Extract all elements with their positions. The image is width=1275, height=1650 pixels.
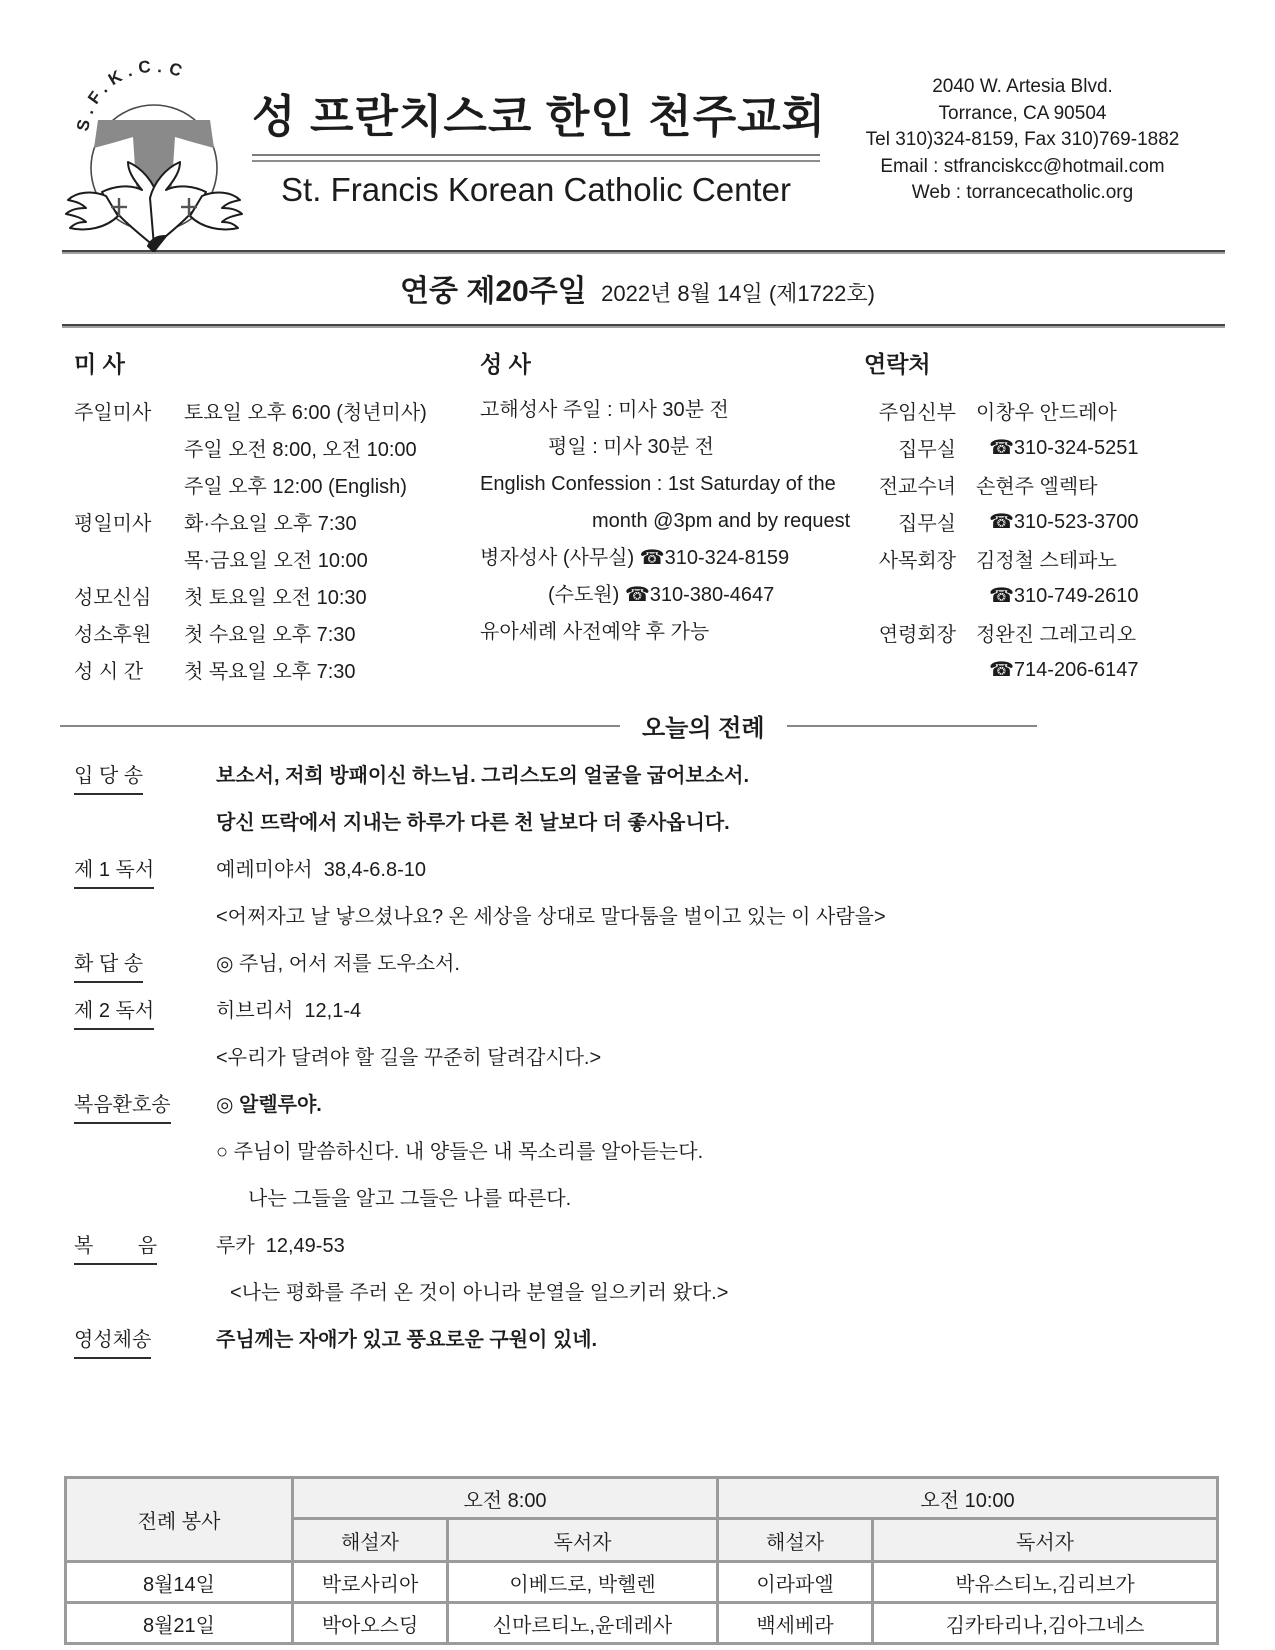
liturgy-row: <우리가 달려야 할 길을 꾸준히 달려갑시다.> [74,1041,1235,1088]
liturgy-text: 당신 뜨락에서 지내는 하루가 다른 천 날보다 더 좋사옵니다. [216,806,730,835]
mass-label: 평일미사 [74,507,184,536]
contact-name: 김정철 스테파노 [976,544,1117,573]
address-line: Torrance, CA 90504 [820,101,1225,128]
sacrament-line: English Confession : 1st Saturday of the [480,466,852,503]
address-line: 2040 W. Artesia Blvd. [820,74,1225,101]
schedule-cell: 신마르티노,윤데레사 [448,1603,718,1644]
mass-value: 주일 오후 12:00 (English) [184,470,407,499]
contact-name: 손현주 엘렉타 [976,470,1097,499]
schedule-date: 8월21일 [66,1603,293,1644]
liturgy-text: 주님께는 자애가 있고 풍요로운 구원이 있네. [216,1323,597,1352]
liturgy-text: ◎ 주님, 어서 저를 도우소서. [216,947,460,976]
schedule-cell: 이베드로, 박헬렌 [448,1562,718,1603]
title-double-underline [252,154,820,162]
schedule-subheader-reader: 독서자 [873,1519,1218,1562]
liturgy-text: 루카 12,49-53 [216,1229,345,1258]
schedule-group-header-8am: 오전 8:00 [293,1478,718,1519]
liturgy-heading: 오늘의 전례 [642,708,765,743]
mass-value: 화·수요일 오후 7:30 [184,507,357,536]
mass-value: 첫 목요일 오후 7:30 [184,655,356,684]
liturgy-row: 화 답 송◎ 주님, 어서 저를 도우소서. [74,947,1235,994]
mass-row: 평일미사화·수요일 오후 7:30 [74,503,480,540]
mass-label: 성소후원 [74,618,184,647]
contact-name: 이창우 안드레아 [976,396,1117,425]
info-columns: 미 사 주일미사토요일 오후 6:00 (청년미사) 주일 오전 8:00, 오… [0,328,1275,688]
schedule-cell: 이라파엘 [718,1562,873,1603]
sacrament-line: 평일 : 미사 30분 전 [480,429,852,466]
mass-row: 주일미사토요일 오후 6:00 (청년미사) [74,392,480,429]
header: S.F.K.C.C 성 프란치스코 한인 천주교회 [0,0,1275,240]
contact-name: 정완진 그레고리오 [976,618,1136,647]
schedule-subheader-reader: 독서자 [448,1519,718,1562]
franciscan-emblem-icon: S.F.K.C.C [62,60,247,252]
contact-role: 집무실 [864,507,956,536]
liturgy-text: ○ 주님이 말씀하신다. 내 양들은 내 목소리를 알아듣는다. [216,1135,703,1164]
issue-date: 2022년 8월 14일 (제1722호) [601,281,875,306]
mass-row: 성소후원첫 수요일 오후 7:30 [74,614,480,651]
church-titles: 성 프란치스코 한인 천주교회 St. Francis Korean Catho… [252,60,820,209]
schedule-row: 8월21일 박아오스딩 신마르티노,윤데레사 백세베라 김카타리나,김아그네스 [66,1603,1218,1644]
liturgy-label: 입 당 송 [74,759,216,788]
mass-row: 주일 오전 8:00, 오전 10:00 [74,429,480,466]
contact-phone: ☎714-206-6147 [976,657,1138,682]
liturgy-label: 제 1 독서 [74,853,216,882]
liturgy-row: 영성체송주님께는 자애가 있고 풍요로운 구원이 있네. [74,1323,1235,1370]
liturgy-section: 입 당 송보소서, 저희 방패이신 하느님. 그리스도의 얼굴을 굽어보소서. … [0,743,1275,1370]
contacts-heading: 연락처 [864,346,1225,379]
mass-label: 성 시 간 [74,655,184,684]
schedule-subheader-commentator: 해설자 [293,1519,448,1562]
mass-value: 첫 수요일 오후 7:30 [184,618,356,647]
sacraments-column: 성 사 고해성사 주일 : 미사 30분 전 평일 : 미사 30분 전 Eng… [480,342,852,688]
contact-phone: ☎310-324-5251 [976,435,1138,460]
contacts-column: 연락처 주임신부이창우 안드레아 집무실☎310-324-5251 전교수녀손현… [852,342,1225,688]
liturgy-text: 나는 그들을 알고 그들은 나를 따른다. [216,1182,571,1211]
liturgy-row: <나는 평화를 주러 온 것이 아니라 분열을 일으키러 왔다.> [74,1276,1235,1323]
contact-role: 전교수녀 [864,470,956,499]
mass-value: 토요일 오후 6:00 (청년미사) [184,396,427,425]
contact-role: 사목회장 [864,544,956,573]
contact-row: 전교수녀손현주 엘렉타 [864,466,1225,503]
liturgy-row: 입 당 송보소서, 저희 방패이신 하느님. 그리스도의 얼굴을 굽어보소서. [74,759,1235,806]
mass-heading: 미 사 [74,346,480,379]
contact-row: ☎714-206-6147 [864,651,1225,688]
schedule-table: 전례 봉사 오전 8:00 오전 10:00 해설자 독서자 해설자 독서자 8… [64,1476,1219,1645]
liturgy-text: ◎ 알렐루야. [216,1088,322,1117]
mass-row: 주일 오후 12:00 (English) [74,466,480,503]
contact-row: ☎310-749-2610 [864,577,1225,614]
liturgy-row: 제 1 독서예레미야서 38,4-6.8-10 [74,853,1235,900]
schedule-cell: 백세베라 [718,1603,873,1644]
liturgy-text: 히브리서 12,1-4 [216,994,361,1023]
schedule-subheader-commentator: 해설자 [718,1519,873,1562]
website-line: Web : torrancecatholic.org [820,180,1225,207]
liturgy-divider: 오늘의 전례 [60,708,1225,743]
sacrament-line: 고해성사 주일 : 미사 30분 전 [480,392,852,429]
church-title-korean: 성 프란치스코 한인 천주교회 [252,80,820,145]
divider-line-left [60,725,620,727]
church-title-english: St. Francis Korean Catholic Center [252,171,820,209]
schedule-cell: 김카타리나,김아그네스 [873,1603,1218,1644]
liturgy-label: 제 2 독서 [74,994,216,1023]
sacrament-line: 병자성사 (사무실) ☎310-324-8159 [480,540,852,577]
mass-row: 성모신심첫 토요일 오전 10:30 [74,577,480,614]
contact-phone: ☎310-523-3700 [976,509,1138,534]
liturgy-label: 복음환호송 [74,1088,216,1117]
mass-column: 미 사 주일미사토요일 오후 6:00 (청년미사) 주일 오전 8:00, 오… [74,342,480,688]
liturgy-row: 당신 뜨락에서 지내는 하루가 다른 천 날보다 더 좋사옵니다. [74,806,1235,853]
schedule-corner-header: 전례 봉사 [66,1478,293,1562]
liturgy-row: 나는 그들을 알고 그들은 나를 따른다. [74,1182,1235,1229]
schedule-cell: 박아오스딩 [293,1603,448,1644]
liturgy-label: 화 답 송 [74,947,216,976]
contact-row: 사목회장김정철 스테파노 [864,540,1225,577]
schedule-date: 8월14일 [66,1562,293,1603]
contact-role: 집무실 [864,433,956,462]
liturgy-row: 복음환호송◎ 알렐루야. [74,1088,1235,1135]
church-logo: S.F.K.C.C [62,60,252,257]
bulletin-page: S.F.K.C.C 성 프란치스코 한인 천주교회 [0,0,1275,1650]
contact-block: 2040 W. Artesia Blvd. Torrance, CA 90504… [820,60,1225,207]
contact-row: 주임신부이창우 안드레아 [864,392,1225,429]
contact-row: 연령회장정완진 그레고리오 [864,614,1225,651]
mass-value: 목·금요일 오전 10:00 [184,544,368,573]
mass-value: 주일 오전 8:00, 오전 10:00 [184,433,417,462]
sacrament-line: month @3pm and by request [480,503,852,540]
issue-line: 연중 제20주일 2022년 8월 14일 (제1722호) [0,266,1275,310]
email-line: Email : stfranciskcc@hotmail.com [820,154,1225,181]
contact-row: 집무실☎310-523-3700 [864,503,1225,540]
sacrament-line: (수도원) ☎310-380-4647 [480,577,852,614]
divider-line-right [787,725,1037,727]
liturgy-text: 보소서, 저희 방패이신 하느님. 그리스도의 얼굴을 굽어보소서. [216,759,749,788]
liturgy-text: 예레미야서 38,4-6.8-10 [216,853,426,882]
mass-label: 주일미사 [74,396,184,425]
sacrament-line: 유아세례 사전예약 후 가능 [480,614,852,651]
liturgy-row: 제 2 독서히브리서 12,1-4 [74,994,1235,1041]
mass-row: 성 시 간첫 목요일 오후 7:30 [74,651,480,688]
schedule-row: 8월14일 박로사리아 이베드로, 박헬렌 이라파엘 박유스티노,김리브가 [66,1562,1218,1603]
liturgy-text: <나는 평화를 주러 온 것이 아니라 분열을 일으키러 왔다.> [216,1276,728,1305]
liturgy-row: 복 음루카 12,49-53 [74,1229,1235,1276]
contact-phone: ☎310-749-2610 [976,583,1138,608]
liturgy-label: 복 음 [74,1229,216,1258]
liturgy-row: <어쩌자고 날 낳으셨나요? 온 세상을 상대로 말다툼을 벌이고 있는 이 사… [74,900,1235,947]
liturgy-label: 영성체송 [74,1323,216,1352]
liturgy-row: ○ 주님이 말씀하신다. 내 양들은 내 목소리를 알아듣는다. [74,1135,1235,1182]
sacraments-heading: 성 사 [480,346,852,379]
issue-title: 연중 제20주일 [400,275,587,308]
schedule-cell: 박로사리아 [293,1562,448,1603]
liturgy-text: <어쩌자고 날 낳으셨나요? 온 세상을 상대로 말다툼을 벌이고 있는 이 사… [216,900,886,929]
schedule-group-header-10am: 오전 10:00 [718,1478,1218,1519]
contact-role: 주임신부 [864,396,956,425]
mass-value: 첫 토요일 오전 10:30 [184,581,367,610]
schedule-cell: 박유스티노,김리브가 [873,1562,1218,1603]
contact-role: 연령회장 [864,618,956,647]
mass-label: 성모신심 [74,581,184,610]
phone-fax-line: Tel 310)324-8159, Fax 310)769-1882 [820,127,1225,154]
liturgy-text: <우리가 달려야 할 길을 꾸준히 달려갑시다.> [216,1041,601,1070]
mass-row: 목·금요일 오전 10:00 [74,540,480,577]
contact-row: 집무실☎310-324-5251 [864,429,1225,466]
